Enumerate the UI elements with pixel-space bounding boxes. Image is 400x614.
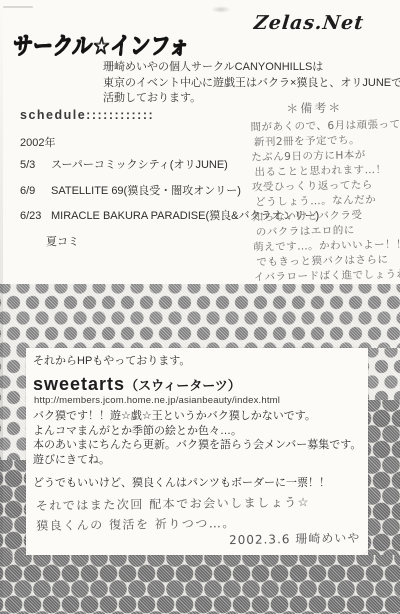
site-name-reading: （スウィーターツ） — [125, 378, 241, 393]
site-description-line: 本のあいまにちんたら更新。バク獏を語らう会メンバー募集です。 — [33, 438, 361, 453]
schedule-date: 5/3 — [20, 159, 44, 172]
closing-message: それではまた次回 配本でお会いしましょう☆ 獏良くんの 復活を 祈りつつ…。 — [36, 492, 311, 536]
halftone-strip-right-upper — [368, 348, 400, 400]
vote-line: どうでもいいけど、獏良くんはパンツもボーダーに一票！！ — [33, 474, 330, 490]
closing-line: それではまた次回 配本でお会いしましょう☆ — [36, 492, 310, 516]
halftone-band-bottom — [0, 555, 400, 614]
halftone-strip-right-lower — [368, 400, 400, 555]
watermark-zelas-net: Zelas.Net — [253, 12, 365, 34]
schedule-heading: schedule:::::::::::: — [20, 108, 154, 122]
note-line: 間があくので、6月は頑張って — [250, 117, 400, 135]
schedule-year: 2002年 — [20, 134, 55, 150]
signature-date: 2002.3.6 珊崎めいや — [229, 529, 361, 548]
notes-heading: ＊備考＊ — [286, 99, 400, 115]
note-line: イバラロードばく進でしょうね。 — [254, 267, 400, 285]
site-description-line: バク獏です！！遊☆戯☆王というかバク獏しかないです。 — [33, 409, 361, 424]
handwritten-notes: ＊備考＊ 間があくので、6月は頑張って 新刊2冊を予定でち。 たぶん9日の方にH… — [250, 99, 400, 285]
scan-artifact-line — [3, 6, 33, 8]
site-description: バク獏です！！遊☆戯☆王というかバク獏しかないです。 よんコマまんがとか季節の絵… — [33, 409, 361, 467]
schedule-event: スーパーコミックシティ(オリJUNE) — [51, 159, 228, 171]
scanned-circle-info-page: Zelas.Net サークル☆インフォ 珊崎めいやの個人サークルCANYONHI… — [0, 0, 400, 614]
scan-artifact-smudge — [211, 6, 231, 13]
halftone-strip-left-lower — [0, 460, 26, 555]
hp-intro: それからHPもやっております。 — [33, 352, 190, 368]
note-line: 出ることと思われます…！ — [254, 162, 400, 180]
site-name: sweetarts — [33, 374, 125, 394]
page-title: サークル☆インフォ — [11, 26, 190, 61]
website-section: それからHPもやっております。 sweetarts（スウィーターツ） http:… — [26, 348, 368, 555]
site-title: sweetarts（スウィーターツ） — [33, 374, 241, 395]
schedule-event: 夏コミ — [46, 236, 79, 248]
schedule-date: 6/9 — [20, 185, 44, 198]
halftone-strip-left-upper — [0, 348, 26, 460]
schedule-date: 6/23 — [20, 210, 44, 223]
site-description-line: 遊びにきてね。 — [33, 453, 361, 468]
scan-edge-shade — [0, 0, 3, 614]
site-description-line: よんコマまんがとか季節の絵とか色々…。 — [33, 424, 361, 439]
circle-intro-line: 東京のイベント中心に遊戯王はバクラ×獏良と、オリJUNEで — [103, 76, 400, 92]
circle-intro-line: 珊崎めいやの個人サークルCANYONHILLSは — [103, 60, 400, 76]
schedule-event: SATELLITE 69(獏良受・闇攻オンリー) — [51, 185, 241, 197]
site-url: http://members.jcom.home.ne.jp/asianbeau… — [34, 395, 280, 406]
halftone-band-middle — [0, 284, 400, 348]
